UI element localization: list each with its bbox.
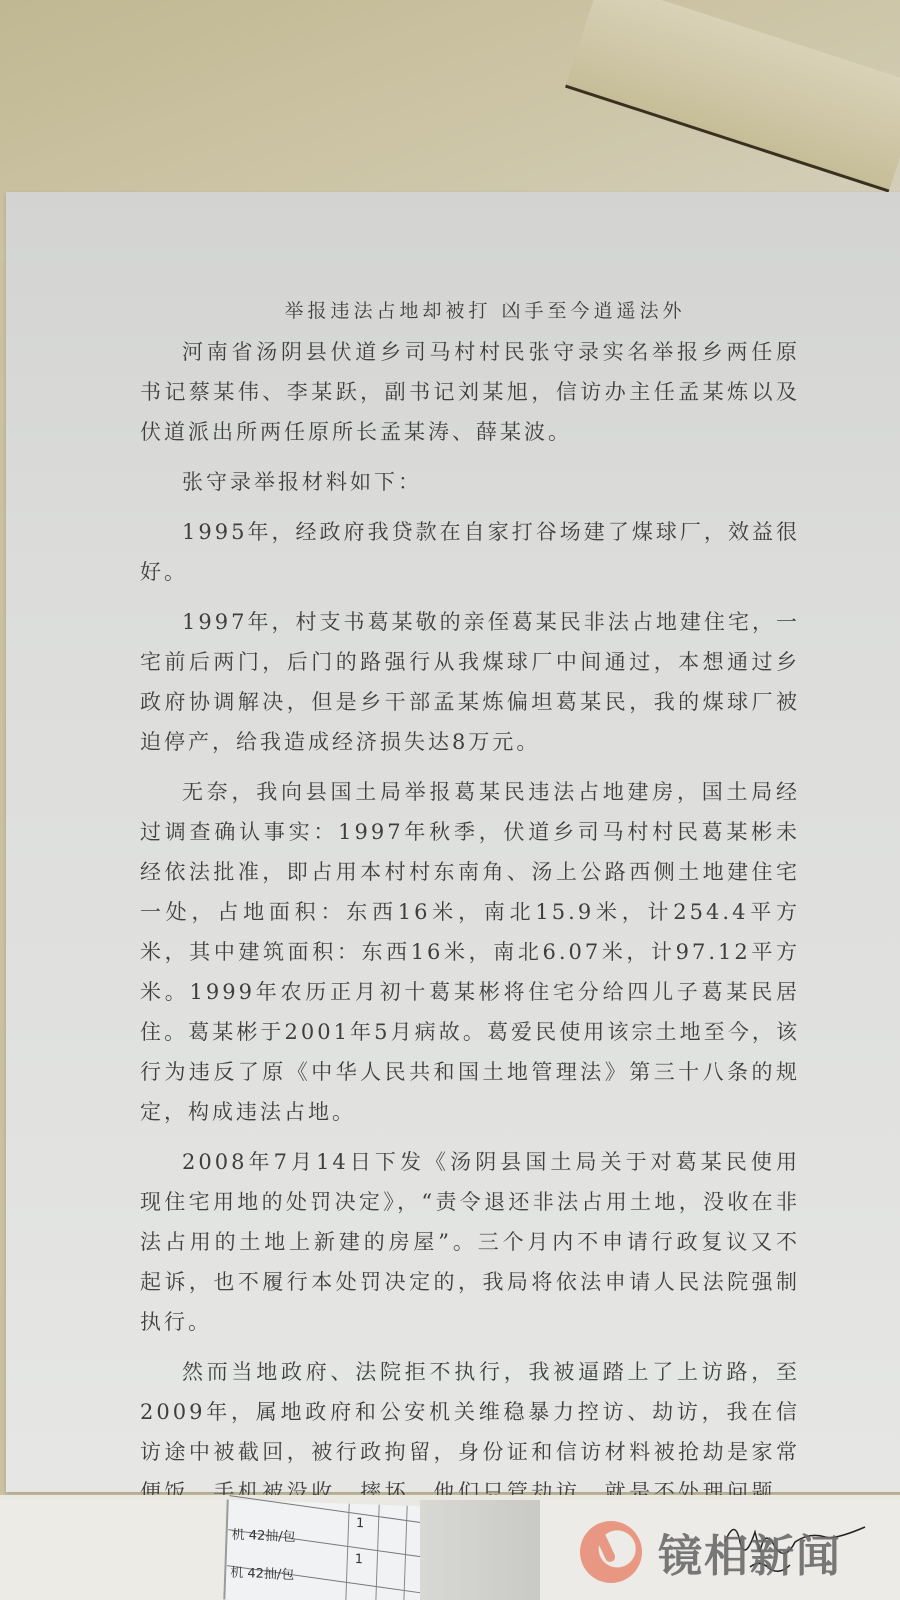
paragraph-2008-decision: 2008年7月14日下发《汤阴县国土局关于对葛某民使用现住宅用地的处罚决定》，“… <box>140 1142 800 1342</box>
watermark: 镜相新闻 <box>580 1520 842 1584</box>
underlying-card <box>0 1500 225 1600</box>
paragraph-1995: 1995年，经政府我贷款在自家打谷场建了煤球厂，效益很好。 <box>140 512 800 592</box>
underlying-receipt: 机 42抽/包 1 机 42抽/包 1 <box>223 1500 428 1600</box>
paragraph-1997: 1997年，村支书葛某敬的亲侄葛某民非法占地建住宅，一宅前后两门，后门的路强行从… <box>140 602 800 762</box>
news-logo-icon <box>580 1521 642 1583</box>
document-title: 举报违法占地却被打 凶手至今逍遥法外 <box>170 290 800 332</box>
receipt-qty: 1 <box>355 1552 364 1567</box>
paragraph-land-bureau: 无奈，我向县国土局举报葛某民违法占地建房，国土局经过调查确认事实：1997年秋季… <box>140 772 800 1132</box>
receipt-column-rule <box>345 1504 349 1600</box>
paragraph-heading: 张守录举报材料如下： <box>140 462 800 502</box>
receipt-qty: 1 <box>356 1516 365 1531</box>
document-body: 举报违法占地却被打 凶手至今逍遥法外 河南省汤阴县伏道乡司马村村民张守录实名举报… <box>140 290 800 1562</box>
watermark-text: 镜相新闻 <box>658 1520 842 1584</box>
receipt-item: 机 42抽/包 <box>230 1562 295 1583</box>
shadow-area <box>420 1500 540 1600</box>
paragraph-intro: 河南省汤阴县伏道乡司马村村民张守录实名举报乡两任原书记蔡某伟、李某跃，副书记刘某… <box>140 332 800 452</box>
receipt-item: 机 42抽/包 <box>231 1524 296 1545</box>
